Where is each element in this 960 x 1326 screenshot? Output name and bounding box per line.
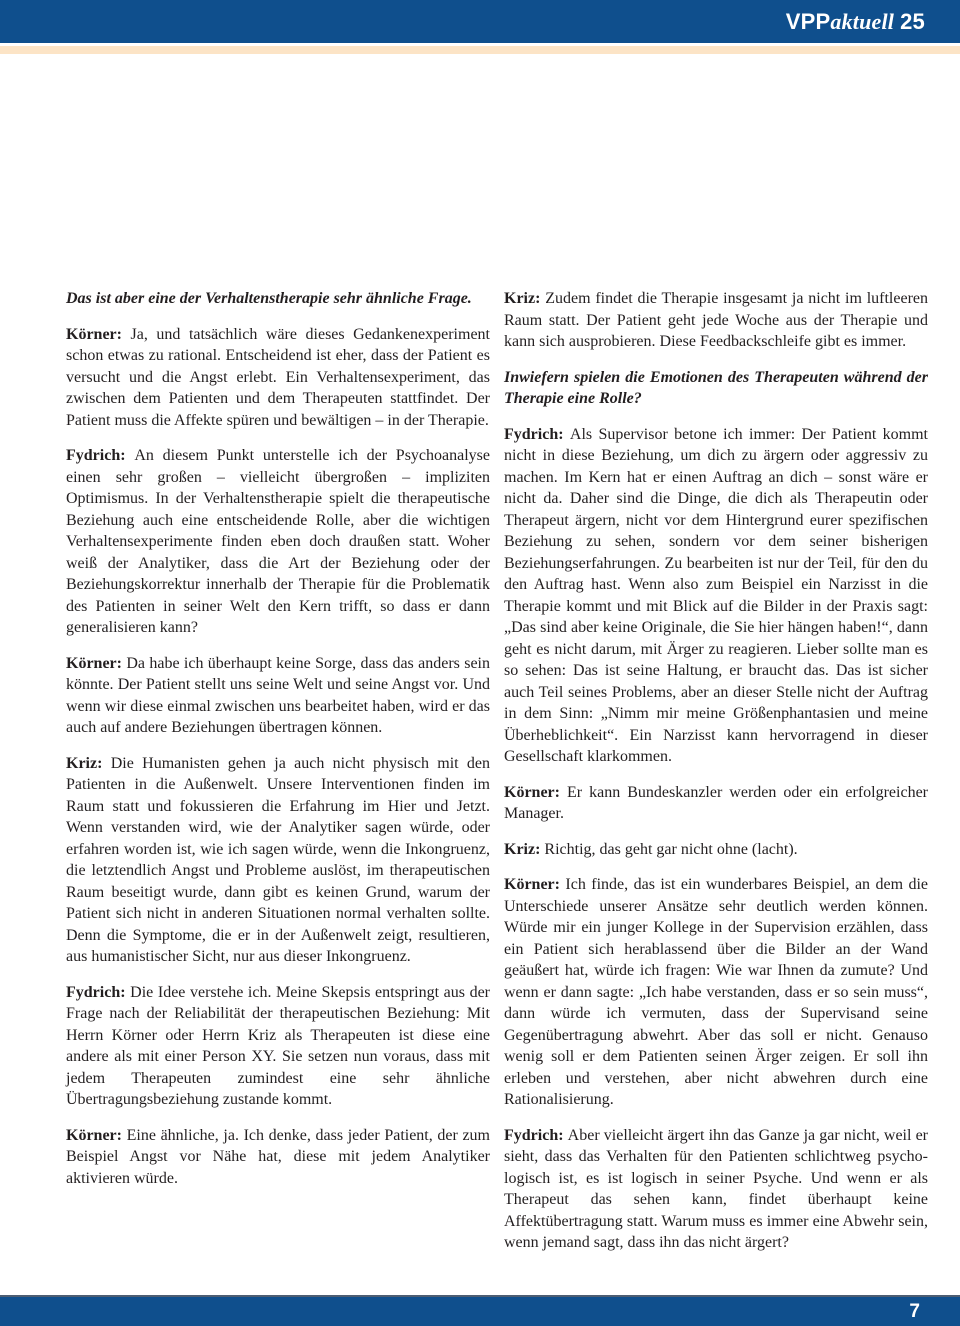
dialogue-paragraph: Kriz: Richtig, das geht gar nicht ohne (…: [504, 839, 928, 861]
speaker-name: Körner:: [66, 326, 131, 343]
page-header-bar: VPPaktuell25: [0, 0, 960, 43]
dialogue-paragraph: Körner: Eine ähnliche, ja. Ich denke, da…: [66, 1125, 490, 1190]
dialogue-paragraph: Körner: Ich finde, das ist ein wunderbar…: [504, 874, 928, 1111]
dialogue-paragraph: Körner: Ja, und tatsächlich wäre dieses …: [66, 324, 490, 432]
article-body: Das ist aber eine der Verhaltenstherapie…: [0, 288, 960, 1295]
speaker-name: Fydrich:: [66, 984, 130, 1001]
page-number: 7: [909, 1302, 920, 1321]
speaker-name: Körner:: [66, 1127, 127, 1144]
speaker-name: Körner:: [66, 655, 126, 672]
speaker-name: Körner:: [504, 784, 567, 801]
speaker-name: Körner:: [504, 876, 565, 893]
dialogue-paragraph: Fydrich: Als Supervisor betone ich immer…: [504, 424, 928, 768]
journal-issue-number: 25: [900, 9, 925, 34]
speaker-name: Fydrich:: [66, 447, 134, 464]
dialogue-paragraph: Fydrich: An diesem Punkt unterstelle ich…: [66, 445, 490, 639]
text-column-right: Kriz: Zudem findet die Therapie insgesam…: [504, 288, 928, 1295]
dialogue-paragraph: Kriz: Die Humanisten gehen ja auch nicht…: [66, 753, 490, 968]
page-footer-bar: 7: [0, 1295, 960, 1326]
speaker-name: Fydrich:: [504, 426, 570, 443]
journal-title-vpp: VPP: [786, 9, 831, 34]
speaker-name: Kriz:: [504, 290, 545, 307]
speaker-name: Kriz:: [504, 841, 544, 858]
text-column-left: Das ist aber eine der Verhaltenstherapie…: [66, 288, 490, 1295]
journal-title: VPPaktuell25: [786, 11, 925, 33]
speaker-name: Kriz:: [66, 755, 111, 772]
magazine-page: VPPaktuell25 Das ist aber eine der Verha…: [0, 0, 960, 1295]
accent-stripe: [0, 46, 960, 54]
interviewer-question: Inwiefern spielen die Emotionen des Ther…: [504, 367, 928, 410]
dialogue-paragraph: Körner: Da habe ich überhaupt keine Sorg…: [66, 653, 490, 739]
speaker-name: Fydrich:: [504, 1127, 568, 1144]
dialogue-paragraph: Fydrich: Die Idee verstehe ich. Meine Sk…: [66, 982, 490, 1111]
journal-title-aktuell: aktuell: [830, 9, 894, 34]
dialogue-paragraph: Kriz: Zudem findet die Therapie insgesam…: [504, 288, 928, 353]
interviewer-question: Das ist aber eine der Verhaltenstherapie…: [66, 288, 490, 310]
dialogue-paragraph: Fydrich: Aber vielleicht ärgert ihn das …: [504, 1125, 928, 1254]
dialogue-paragraph: Körner: Er kann Bundeskanzler werden ode…: [504, 782, 928, 825]
